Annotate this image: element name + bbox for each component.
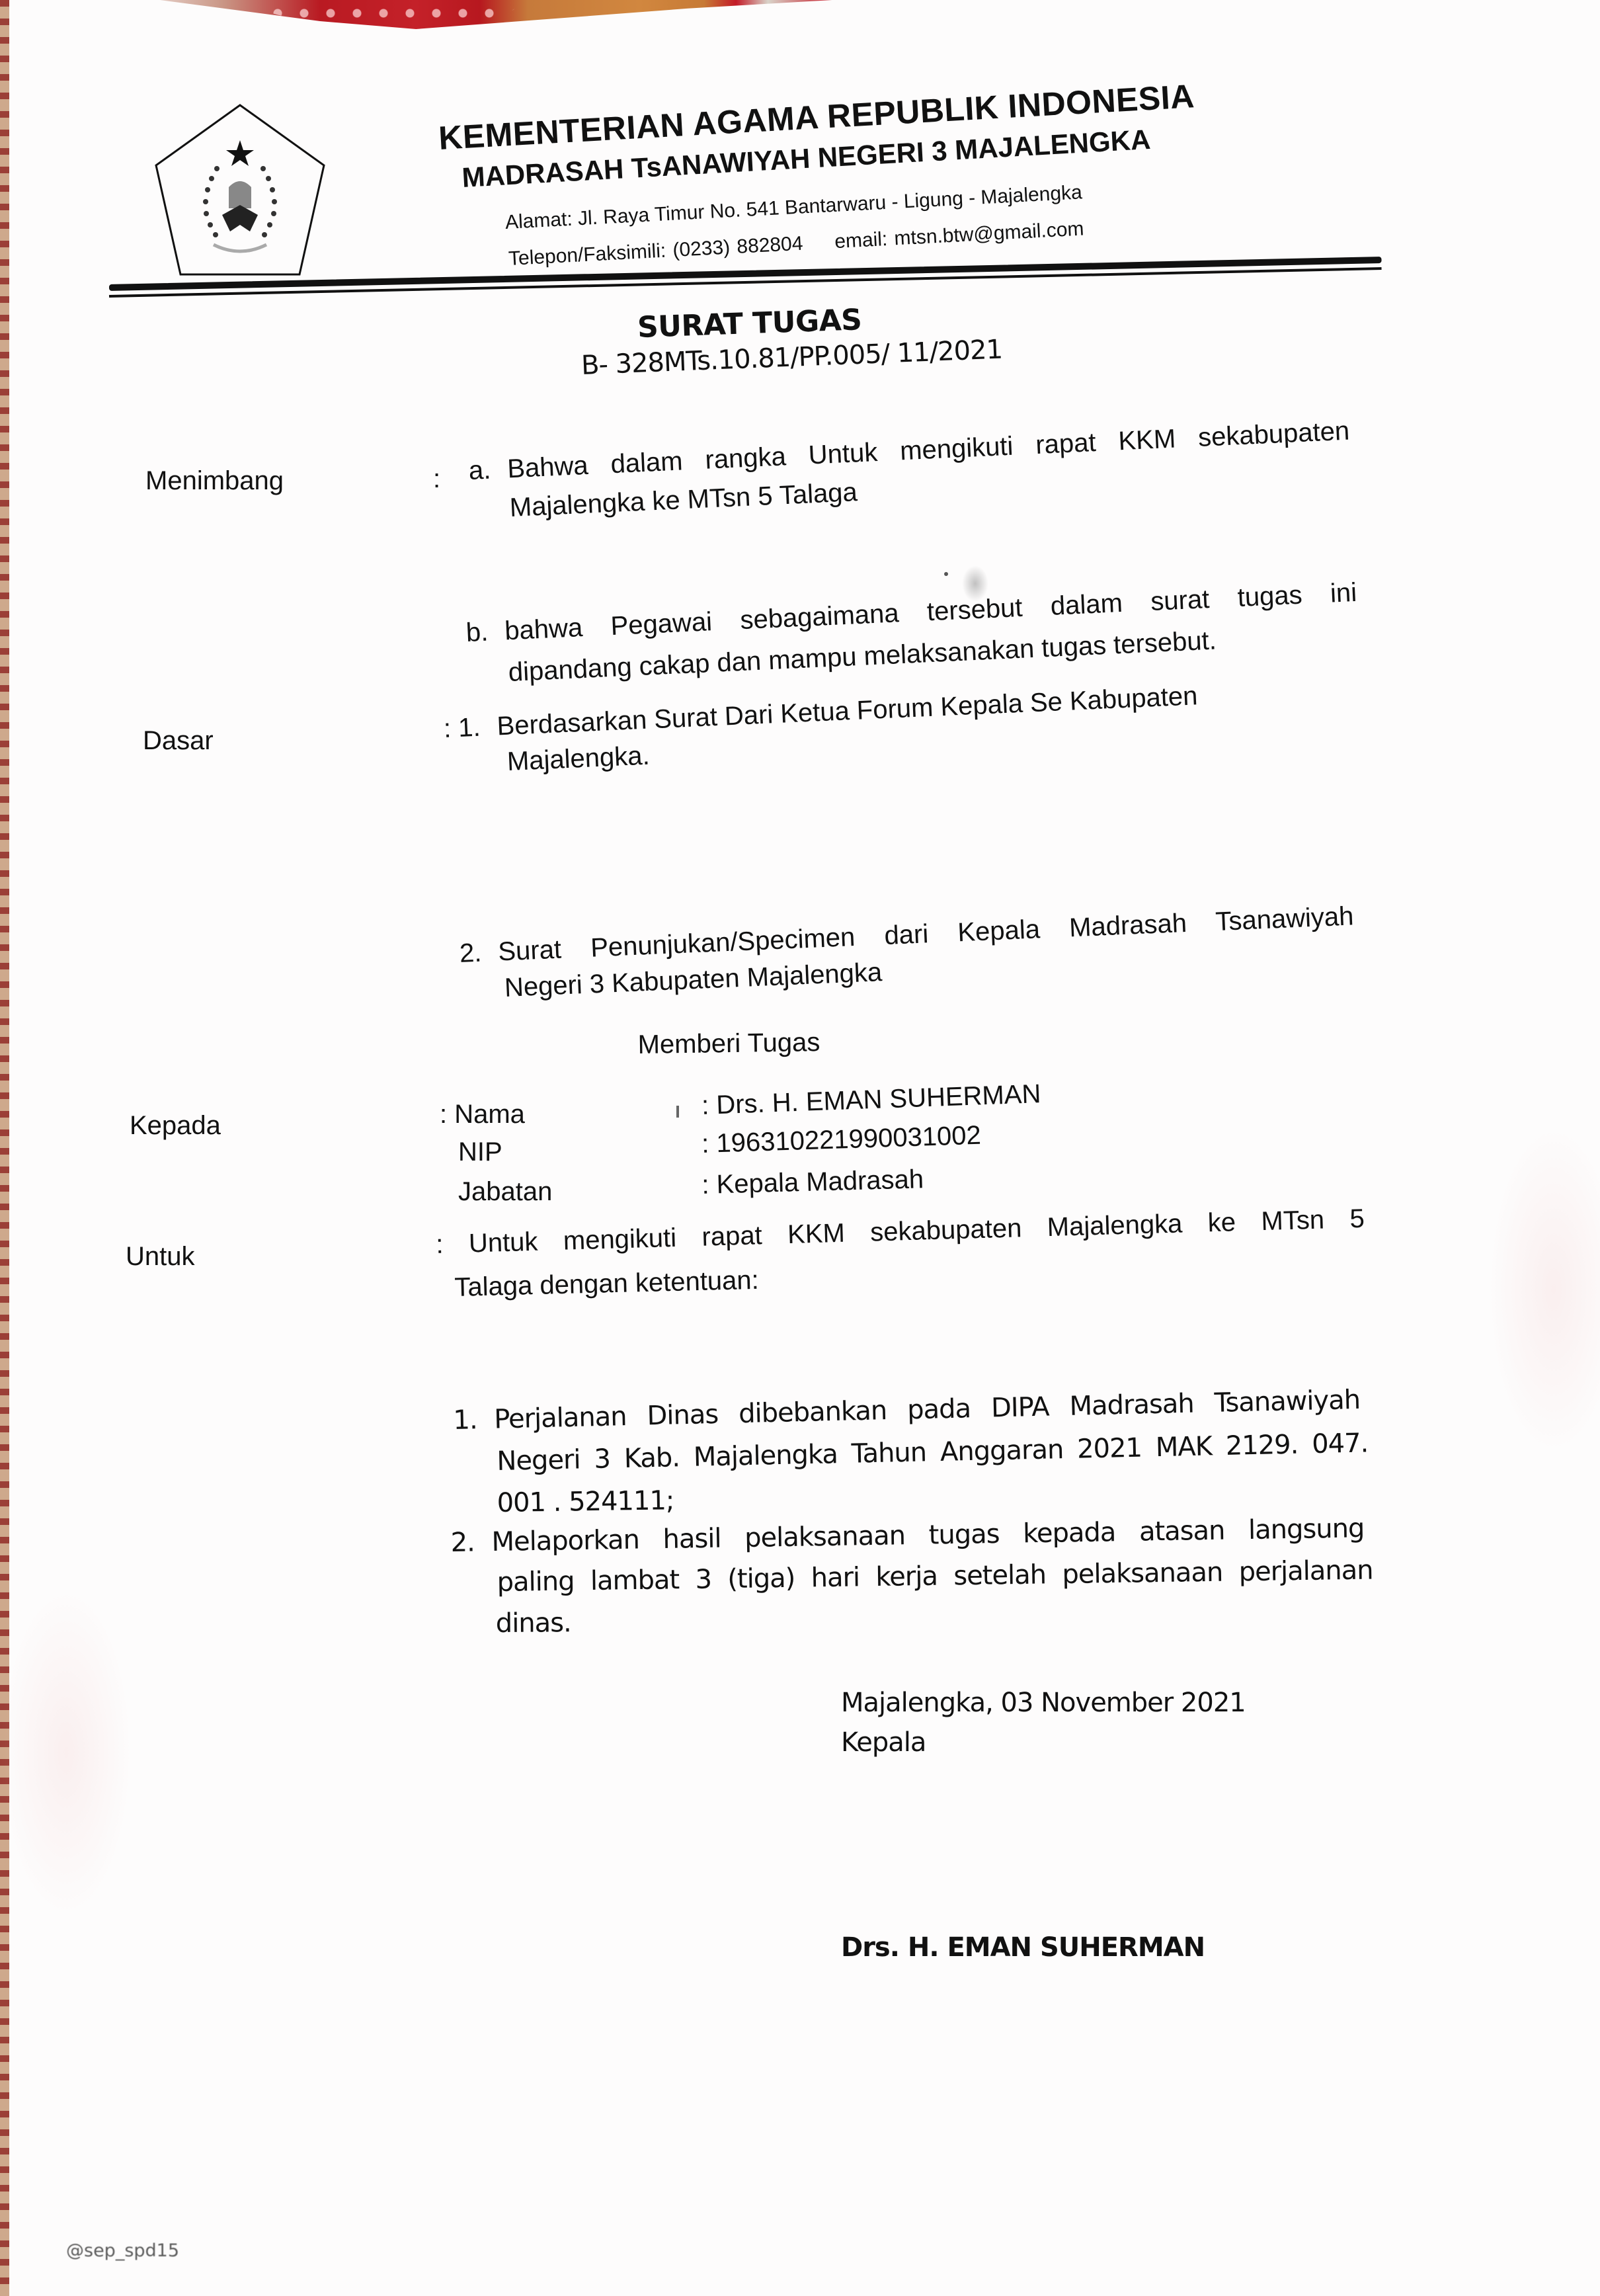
ketentuan-item-1: 1. Perjalanan Dinas dibebankan pada DIPA… xyxy=(453,1385,1361,1436)
menimbang-colon: : xyxy=(433,464,440,494)
item-marker: b. xyxy=(465,618,489,647)
item-marker: 2. xyxy=(450,1527,475,1558)
signature-position: Kepala xyxy=(841,1727,926,1758)
item-line: Bahwa dalam rangka Untuk mengikuti rapat… xyxy=(506,417,1350,485)
untuk-line: : Untuk mengikuti rapat KKM sekabupaten … xyxy=(436,1204,1365,1260)
ketentuan-item-2: 2. Melaporkan hasil pelaksanaan tugas ke… xyxy=(450,1513,1364,1558)
item-marker: 2. xyxy=(459,938,482,968)
item-line: Negeri 3 Kab. Majalengka Tahun Anggaran … xyxy=(497,1428,1369,1477)
kepada-field-key: Jabatan xyxy=(458,1177,552,1207)
ketentuan-item-2-line2: paling lambat 3 (tiga) hari kerja setela… xyxy=(497,1555,1373,1598)
paper-stain xyxy=(1488,1124,1600,1455)
paper-mark xyxy=(676,1106,679,1118)
item-line: Surat Penunjukan/Specimen dari Kepala Ma… xyxy=(498,901,1355,967)
dasar-item-1: : 1. Berdasarkan Surat Dari Ketua Forum … xyxy=(443,681,1198,744)
menimbang-item-a-line2: Majalengka ke MTsn 5 Talaga xyxy=(509,477,858,523)
kepada-field-value: : Drs. H. EMAN SUHERMAN xyxy=(701,1079,1041,1121)
paper-stain xyxy=(0,1587,132,1918)
kepada-field-value: : 196310221990031002 xyxy=(701,1121,982,1159)
signatory-name: Drs. H. EMAN SUHERMAN xyxy=(841,1932,1205,1963)
letter-paper: KEMENTERIAN AGAMA REPUBLIK INDONESIA MAD… xyxy=(0,0,1600,2296)
signature-place-date: Majalengka, 03 November 2021 xyxy=(841,1688,1246,1718)
item-line: Melaporkan hasil pelaksanaan tugas kepad… xyxy=(491,1513,1365,1557)
document-title: SURAT TUGAS xyxy=(637,303,862,345)
kepada-label: Kepada xyxy=(130,1111,221,1141)
menimbang-item-b: b. bahwa Pegawai sebagaimana tersebut da… xyxy=(465,578,1357,648)
item-line: bahwa Pegawai sebagaimana tersebut dalam… xyxy=(504,578,1357,646)
item-line: Perjalanan Dinas dibebankan pada DIPA Ma… xyxy=(494,1385,1361,1435)
dasar-label: Dasar xyxy=(143,726,214,756)
school-email: email: mtsn.btw@gmail.com xyxy=(834,218,1084,253)
item-marker: a. xyxy=(468,456,491,485)
kepada-field-key: : Nama xyxy=(440,1100,525,1129)
ketentuan-item-1-line2: Negeri 3 Kab. Majalengka Tahun Anggaran … xyxy=(497,1428,1369,1477)
ministry-emblem-icon xyxy=(151,102,329,278)
item-line: Berdasarkan Surat Dari Ketua Forum Kepal… xyxy=(497,681,1199,741)
colon: : xyxy=(443,714,452,743)
item-marker: 1. xyxy=(458,713,481,743)
untuk-text-line2: Talaga dengan ketentuan: xyxy=(454,1266,759,1303)
untuk-text: : Untuk mengikuti rapat KKM sekabupaten … xyxy=(436,1204,1365,1260)
item-line: paling lambat 3 (tiga) hari kerja setela… xyxy=(497,1555,1373,1598)
ketentuan-item-2-line3: dinas. xyxy=(496,1608,571,1639)
paper-smudge xyxy=(944,572,948,576)
dasar-item-1-line2: Majalengka. xyxy=(506,741,650,777)
dasar-item-2: 2. Surat Penunjukan/Specimen dari Kepala… xyxy=(459,901,1354,969)
kepada-field-key: NIP xyxy=(458,1137,502,1167)
watermark-text: @sep_spd15 xyxy=(66,2240,179,2261)
memberi-tugas-heading: Memberi Tugas xyxy=(637,1028,820,1060)
ketentuan-item-1-line3: 001 . 524111; xyxy=(497,1485,674,1518)
school-phone: Telepon/Faksimili: (0233) 882804 xyxy=(508,233,803,270)
menimbang-item-a: a. Bahwa dalam rangka Untuk mengikuti ra… xyxy=(468,417,1350,486)
menimbang-label: Menimbang xyxy=(145,466,284,496)
kepada-field-value: : Kepala Madrasah xyxy=(701,1165,924,1200)
item-marker: 1. xyxy=(453,1405,477,1436)
untuk-label: Untuk xyxy=(126,1242,195,1272)
